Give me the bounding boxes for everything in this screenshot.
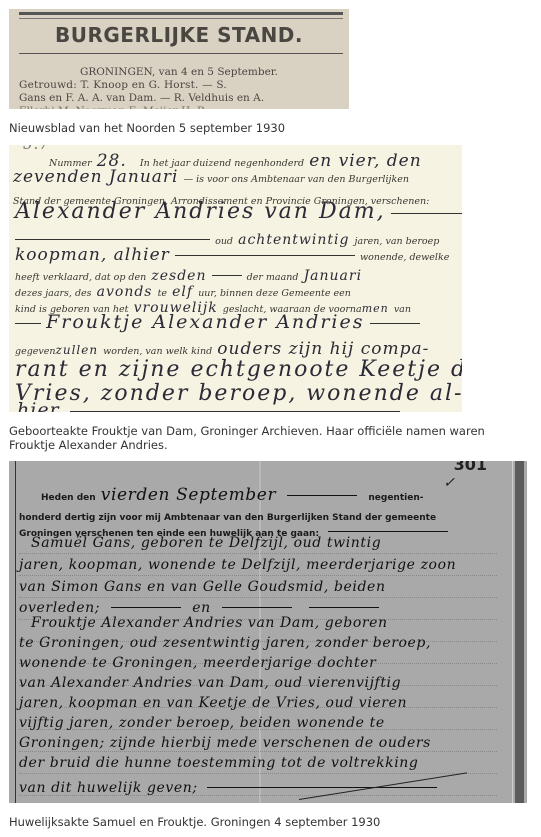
hand-text: hier. [17, 399, 65, 412]
fill-line [370, 323, 420, 324]
newspaper-headline: BURGERLIJKE STAND. [9, 23, 349, 47]
hand-text: rant en zijne echtgenoote Keetje de [15, 357, 462, 382]
hand-text: en [192, 600, 211, 616]
rule-divider [19, 18, 343, 19]
hand-text: koopman, alhier [15, 245, 170, 265]
rule-divider [19, 12, 343, 15]
fill-line [175, 255, 355, 256]
figure-caption-news: Nieuwsblad van het Noorden 5 september 1… [9, 121, 529, 135]
hand-text: Samuël Gans, geboren te Delfzijl, oud tw… [31, 535, 513, 551]
fill-line [111, 607, 181, 608]
fill-line [391, 213, 462, 214]
figure-caption-birth: Geboorteakte Frouktje van Dam, Groninger… [9, 424, 529, 452]
fill-line [15, 239, 210, 240]
newspaper-line: GRONINGEN, van 4 en 5 September. [9, 66, 349, 78]
fill-line [70, 411, 400, 412]
marriage-certificate-image: 301 ✓ Heden den vierden September negent… [9, 461, 527, 803]
binding-edge [515, 461, 524, 803]
print-text: worden, van welk kind [103, 346, 212, 357]
fill-line [328, 531, 448, 532]
newspaper-line: Getrouwd: T. Knoop en G. Horst. — S. [19, 79, 343, 91]
hand-text: jaren, koopman, wonende te Delfzijl, mee… [19, 557, 513, 573]
hand-text: jaren, koopman en van Keetje de Vries, o… [19, 695, 513, 711]
hand-text: vijftig jaren, zonder beroep, beiden won… [19, 715, 513, 731]
hand-text: Frouktje Alexander Andries van Dam, gebo… [31, 615, 513, 631]
newspaper-line: Ellerbi M. Noorman E. Meijer H. R. [19, 105, 343, 109]
hand-text: ouders zijn hij compa- [217, 339, 429, 359]
ruled-line [19, 751, 497, 752]
ruled-line [19, 773, 497, 774]
hand-text: Groningen; zijnde hierbij mede verschene… [19, 735, 513, 751]
fill-line [287, 495, 357, 496]
print-text: negentien- [368, 493, 423, 503]
fill-line [222, 607, 292, 608]
newspaper-clipping-image: BURGERLIJKE STAND. GRONINGEN, van 4 en 5… [9, 9, 349, 109]
print-text: Heden den [41, 493, 96, 503]
fill-line [15, 323, 41, 324]
fill-line [212, 275, 242, 276]
folio-number: 301 [454, 461, 487, 474]
print-text: gegeven [15, 346, 56, 357]
birth-certificate-image: 5.7 Nummer 28. In het jaar duizend negen… [9, 145, 462, 412]
hand-text: zevenden Januari [13, 167, 178, 187]
hand-text: Alexander Andries van Dam, [15, 199, 386, 224]
print-text: wonende, dewelke [360, 252, 449, 263]
rule-divider [19, 53, 343, 54]
hand-text: zullen [56, 343, 99, 357]
hand-text: van Alexander Andries van Dam, oud viere… [19, 675, 513, 691]
ruled-line [19, 553, 497, 554]
hand-text: wonende te Groningen, meerderjarige doch… [19, 655, 513, 671]
hand-text: van Simon Gans en van Gelle Goudsmid, be… [19, 579, 513, 595]
fill-line [309, 607, 379, 608]
hand-text: te Groningen, oud zesentwintig jaren, zo… [19, 635, 513, 651]
fill-line [207, 787, 437, 788]
hand-text: vierden September [101, 485, 276, 505]
figure-caption-marriage: Huwelijksakte Samuel en Frouktje. Gronin… [9, 815, 529, 829]
hand-text: der bruid die hunne toestemming tot de v… [19, 755, 513, 771]
hand-text: overleden; [19, 600, 100, 616]
hand-text: van dit huwelijk geven; [19, 780, 198, 796]
print-text: — is voor ons Ambtenaar van den Burgerli… [184, 174, 409, 185]
ruled-line [19, 575, 497, 576]
newspaper-line: Gans en F. A. A. van Dam. — R. Veldhuis … [19, 92, 343, 104]
hand-text: Frouktje Alexander Andries [46, 311, 364, 333]
